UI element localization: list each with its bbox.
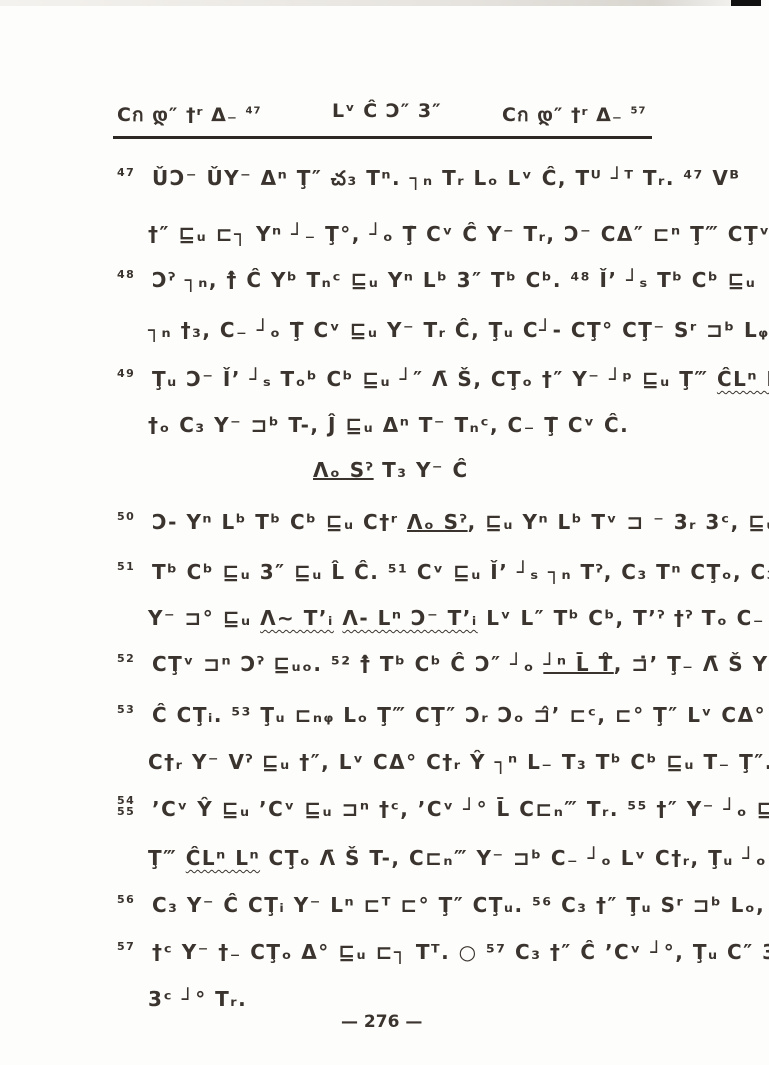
text-segment: Ↄˀ ┐ₙ, †̂ Ĉ Yᵇ Tₙᶜ ⊑ᵤ Yⁿ Lᵇ 3″ Tᵇ Cᵇ. ⁴⁸… <box>152 268 756 292</box>
line-text: †ᶜ Y⁻ †₋ CŢₒ Δ° ⊑ᵤ ⊏┐ Tᵀ. ○ ⁵⁷ C₃ †″ Ĉ ’… <box>152 940 769 964</box>
header-right-text: Cก დ″ †ʳ Δ₋ <box>502 104 623 126</box>
text-segment: T₃ Y⁻ Ĉ <box>374 458 469 482</box>
text-segment: CŢᵛ ⊐ⁿ Ↄˀ ⊑ᵤₒ. ⁵² †̂ Tᵇ Cᵇ Ĉ Ↄ″ ┘ₒ <box>152 652 543 676</box>
wavy-underlined-term: Λ- Lⁿ Ↄ⁻ T’ᵢ <box>342 606 477 630</box>
text-segment: ┐ₙ †₃, C₋ ┘ₒ Ţ̂ Cᵛ ⊑ᵤ Y⁻ Tᵣ Ĉ, Ţᵤ C┘- CŢ… <box>148 318 769 342</box>
text-segment: †ₒ C₃ Y⁻ ⊐ᵇ T-, Ĵ ⊑ᵤ Δⁿ T⁻ Tₙᶜ, C₋ Ţ̂ Cᵛ… <box>148 413 629 437</box>
line-text: Ↄ- Yⁿ Lᵇ Tᵇ Cᵇ ⊑ᵤ C†ʳ Λₒ Sˀ, ⊑ᵤ Yⁿ Lᵇ Tᵛ… <box>152 510 769 534</box>
wavy-underlined-term: ĈLⁿ Lⁿ <box>186 846 260 870</box>
line-text: Tᵇ Cᵇ ⊑ᵤ 3″ ⊑ᵤ L̂ Ĉ. ⁵¹ Cᵛ ⊑ᵤ Ǐ’ ┘ₛ ┐ₙ T… <box>152 560 769 584</box>
underlined-term: ┘ⁿ L̄ T̊ <box>543 652 613 676</box>
text-segment: C†ᵣ Y⁻ Vˀ ⊑ᵤ †″, Lᵛ CΔ° C†ᵣ Ŷ ┐ⁿ L₋ T₃ T… <box>148 750 769 774</box>
line-text: ’Cᵛ Ŷ ⊑ᵤ ’Cᵛ ⊑ᵤ ⊐ⁿ †ᶜ, ’Cᵛ ┘° L̄ C⊏ₙ‴ Tᵣ… <box>152 797 769 821</box>
text-segment: , ⊐̇’ Ţ₋ Λ̄ Š Y⁻ <box>614 652 769 676</box>
text-segment: Ţᵤ Ↄ⁻ Ǐ’ ┘ₛ Tₒᵇ Cᵇ ⊑ᵤ ┘″ Λ̄ Š, CŢₒ †″ Y⁻… <box>152 367 717 391</box>
header-center: Lᵛ Ĉ Ↄ″ 3″ <box>332 100 442 122</box>
verse-number: 5455 <box>117 795 135 817</box>
header-left-text: Cก დ″ †ʳ Δ₋ <box>117 104 238 126</box>
text-segment: †ᶜ Y⁻ †₋ CŢₒ Δ° ⊑ᵤ ⊏┐ Tᵀ. ○ ⁵⁷ C₃ †″ Ĉ ’… <box>152 940 769 964</box>
verse-number: 52 <box>117 652 135 666</box>
text-segment: , ⊑ᵤ Yⁿ Lᵇ Tᵛ ⊐ ⁻ 3ᵣ 3ᶜ, ⊑ᵤ <box>468 510 769 534</box>
verse-number: 49 <box>117 367 135 381</box>
text-segment: †″ ⊑ᵤ ⊏┐ Yⁿ ┘₋ Ţ°, ┘ₒ Ţ̂ Cᵛ Ĉ Y⁻ Tᵣ, Ↄ⁻ … <box>148 222 769 246</box>
text-segment: Y⁻ ⊐° ⊑ᵤ <box>148 606 260 630</box>
verse-number: 53 <box>117 703 135 717</box>
line-text: Ţᵤ Ↄ⁻ Ǐ’ ┘ₛ Tₒᵇ Cᵇ ⊑ᵤ ┘″ Λ̄ Š, CŢₒ †″ Y⁻… <box>152 367 769 391</box>
line-text: †ₒ C₃ Y⁻ ⊐ᵇ T-, Ĵ ⊑ᵤ Δⁿ T⁻ Tₙᶜ, C₋ Ţ̂ Cᵛ… <box>148 413 629 437</box>
line-text: Ĉ CŢᵢ. ⁵³ Ţᵤ ⊏ₙᵩ Lₒ Ţ‴ CŢ″ Ↄᵣ Ↄₒ ⊐̂’ ⊏ᶜ,… <box>152 703 766 727</box>
text-segment: ǓↃ⁻ ǓY⁻ Δⁿ Ţ″ చ₃ Tⁿ. ┐ₙ Tᵣ Lₒ Lᵛ Ĉ, Tᵁ ┘… <box>152 166 740 190</box>
text-segment: Ĉ CŢᵢ. ⁵³ Ţᵤ ⊏ₙᵩ Lₒ Ţ‴ CŢ″ Ↄᵣ Ↄₒ ⊐̂’ ⊏ᶜ,… <box>152 703 766 727</box>
underlined-term: Λₒ Sˀ <box>407 510 468 534</box>
verse-number: 47 <box>117 166 135 180</box>
underlined-term: Λₒ Sˀ <box>313 458 374 482</box>
line-text: †″ ⊑ᵤ ⊏┐ Yⁿ ┘₋ Ţ°, ┘ₒ Ţ̂ Cᵛ Ĉ Y⁻ Tᵣ, Ↄ⁻ … <box>148 222 769 246</box>
text-segment: CŢₒ Λ̄ Š T-, C⊏ₙ‴ Y⁻ ⊐ᵇ C₋ ┘ₒ Lᵛ C†ᵣ, Ţᵤ… <box>260 846 767 870</box>
header-right: Cก დ″ †ʳ Δ₋ 57 <box>502 100 646 130</box>
verse-number: 51 <box>117 560 135 574</box>
line-text: Ţ‴ ĈLⁿ Lⁿ CŢₒ Λ̄ Š T-, C⊏ₙ‴ Y⁻ ⊐ᵇ C₋ ┘ₒ … <box>148 846 767 870</box>
verse-number: 48 <box>117 268 135 282</box>
text-segment: Ↄ- Yⁿ Lᵇ Tᵇ Cᵇ ⊑ᵤ C†ʳ <box>152 510 407 534</box>
scan-tab-mark <box>731 0 761 6</box>
wavy-underlined-term: Λ∼ T’ᵢ <box>260 606 334 630</box>
header-left: Cก დ″ †ʳ Δ₋ 47 <box>117 100 261 130</box>
page-number: — 276 — <box>341 1012 422 1032</box>
text-segment: Tᵇ Cᵇ ⊑ᵤ 3″ ⊑ᵤ L̂ Ĉ. ⁵¹ Cᵛ ⊑ᵤ Ǐ’ ┘ₛ ┐ₙ T… <box>152 560 769 584</box>
line-text: C†ᵣ Y⁻ Vˀ ⊑ᵤ †″, Lᵛ CΔ° C†ᵣ Ŷ ┐ⁿ L₋ T₃ T… <box>148 750 769 774</box>
header-left-ref: 47 <box>246 106 262 117</box>
line-text: ┐ₙ †₃, C₋ ┘ₒ Ţ̂ Cᵛ ⊑ᵤ Y⁻ Tᵣ Ĉ, Ţᵤ C┘- CŢ… <box>148 318 769 342</box>
verse-number: 56 <box>117 893 135 907</box>
line-text: Ↄˀ ┐ₙ, †̂ Ĉ Yᵇ Tₙᶜ ⊑ᵤ Yⁿ Lᵇ 3″ Tᵇ Cᵇ. ⁴⁸… <box>152 268 756 292</box>
scan-edge <box>0 0 769 6</box>
verse-number: 57 <box>117 940 135 954</box>
line-text: 3ᶜ ┘° Tᵣ. <box>148 987 247 1011</box>
running-header: Cก დ″ †ʳ Δ₋ 47 Lᵛ Ĉ Ↄ″ 3″ Cก დ″ †ʳ Δ₋ 57 <box>117 100 651 130</box>
line-text: ǓↃ⁻ ǓY⁻ Δⁿ Ţ″ చ₃ Tⁿ. ┐ₙ Tᵣ Lₒ Lᵛ Ĉ, Tᵁ ┘… <box>152 166 740 190</box>
text-segment: Ţ‴ <box>148 846 186 870</box>
text-segment: C₃ Y⁻ Ĉ CŢᵢ Y⁻ Lⁿ ⊏ᵀ ⊏° Ţ″ CŢᵤ. ⁵⁶ C₃ †″… <box>152 893 769 917</box>
verse-number: 50 <box>117 510 135 524</box>
text-segment: ’Cᵛ Ŷ ⊑ᵤ ’Cᵛ ⊑ᵤ ⊐ⁿ †ᶜ, ’Cᵛ ┘° L̄ C⊏ₙ‴ Tᵣ… <box>152 797 769 821</box>
header-rule <box>113 136 652 139</box>
header-right-ref: 57 <box>631 106 647 117</box>
line-text: Y⁻ ⊐° ⊑ᵤ Λ∼ T’ᵢ Λ- Lⁿ Ↄ⁻ T’ᵢ Lᵛ L″ Tᵇ Cᵇ… <box>148 606 765 630</box>
text-segment: 3ᶜ ┘° Tᵣ. <box>148 987 247 1011</box>
line-text: Λₒ Sˀ T₃ Y⁻ Ĉ <box>313 458 469 482</box>
text-segment: Lᵛ L″ Tᵇ Cᵇ, T’ˀ †ˀ Tₒ C₋ <box>478 606 765 630</box>
wavy-underlined-term: ĈLⁿ Lⁿ <box>717 367 769 391</box>
line-text: CŢᵛ ⊐ⁿ Ↄˀ ⊑ᵤₒ. ⁵² †̂ Tᵇ Cᵇ Ĉ Ↄ″ ┘ₒ ┘ⁿ L̄… <box>152 652 769 676</box>
line-text: C₃ Y⁻ Ĉ CŢᵢ Y⁻ Lⁿ ⊏ᵀ ⊏° Ţ″ CŢᵤ. ⁵⁶ C₃ †″… <box>152 893 769 917</box>
